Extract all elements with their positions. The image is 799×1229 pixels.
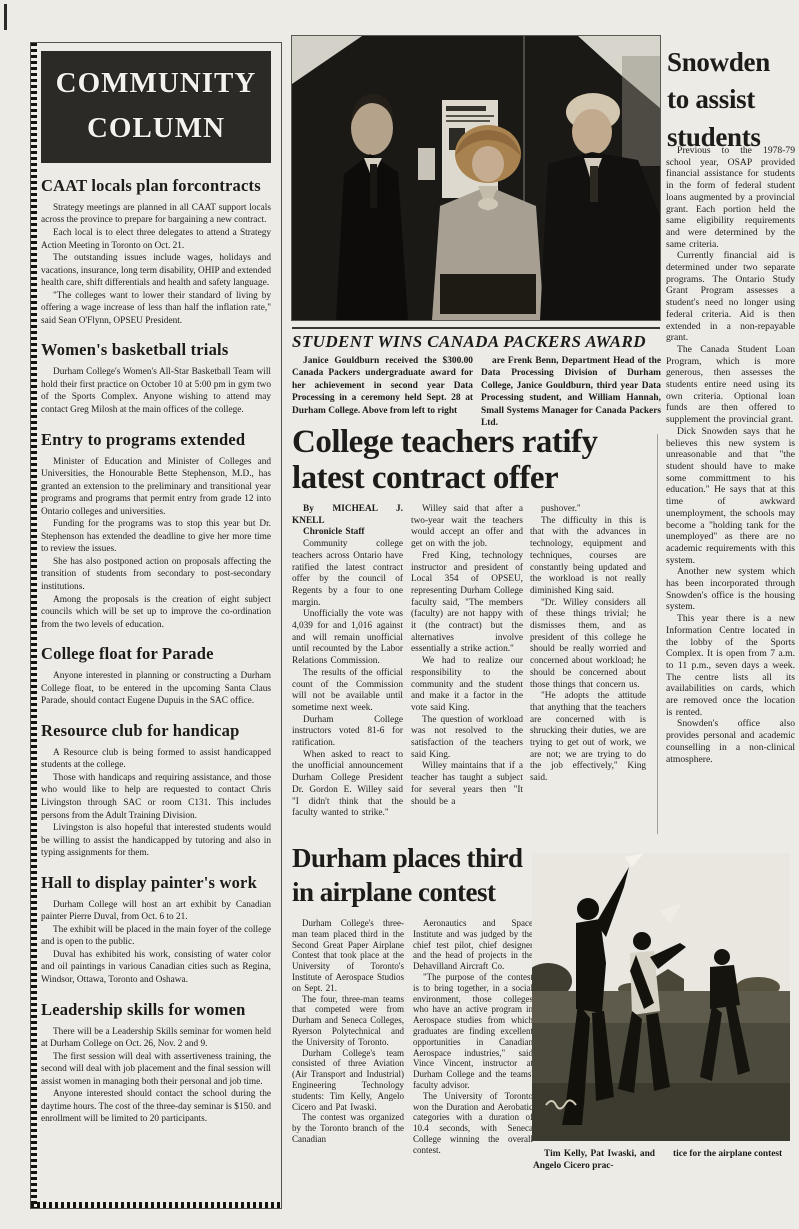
article-paragraph: Previous to the 1978-79 school year, OSA…	[666, 145, 795, 250]
article-caat-locals: CAAT locals plan forcontracts Strategy m…	[41, 176, 271, 327]
article-entry-programs: Entry to programs extended Minister of E…	[41, 430, 271, 632]
article-paragraph: The University of Toronto won the Durati…	[413, 1091, 533, 1156]
masthead-line: COLUMN	[41, 106, 271, 151]
article-paragraph: There will be a Leadership Skills semina…	[41, 1026, 271, 1051]
article-painter-exhibit: Hall to display painter's work Durham Co…	[41, 873, 271, 987]
article-paragraph: She has also postponed action on proposa…	[41, 556, 271, 594]
photo-caption-col1: Janice Gouldburn received the $300.00 Ca…	[292, 355, 473, 417]
article-resource-club: Resource club for handicap A Resource cl…	[41, 721, 271, 860]
article-title: Women's basketball trials	[41, 340, 271, 360]
airplane-photo-caption-col2: tice for the airplane contest	[662, 1148, 788, 1160]
award-photo	[292, 36, 660, 320]
article-paragraph: The first session will deal with asserti…	[41, 1051, 271, 1089]
airplane-photo-caption-col1: Tim Kelly, Pat Iwaski, and Angelo Cicero…	[533, 1148, 655, 1173]
headline-line: to assist	[667, 81, 797, 118]
airplane-photo-image	[532, 853, 790, 1141]
award-photo-image	[292, 36, 660, 320]
article-paragraph: "He adopts the attitude that anything th…	[530, 691, 646, 785]
article-paragraph: We had to realize our responsibility to …	[411, 656, 523, 715]
headline-line: latest contract offer	[292, 460, 664, 496]
scan-artifact	[4, 4, 7, 30]
article-paragraph: pushover."	[530, 504, 646, 516]
byline: By MICHEAL J. KNELL	[292, 504, 403, 527]
article-paragraph: Strategy meetings are planned in all CAA…	[41, 202, 271, 227]
headline-line: College teachers ratify	[292, 424, 664, 460]
caption-text: Janice Gouldburn received the $300.00 Ca…	[292, 355, 473, 417]
article-womens-basketball: Women's basketball trials Durham College…	[41, 340, 271, 416]
article-paragraph: When asked to react to the unofficial an…	[292, 750, 403, 820]
article-paragraph: Minister of Education and Minister of Co…	[41, 456, 271, 519]
article-paragraph: Durham College instructors voted 81-6 fo…	[292, 715, 403, 750]
community-column-masthead: COMMUNITY COLUMN	[41, 51, 271, 163]
article-paragraph: "The purpose of the contest is to bring …	[413, 972, 533, 1091]
article-title: Leadership skills for women	[41, 1000, 271, 1020]
snowden-article-headline: Snowden to assist students	[667, 44, 797, 156]
caption-text: Tim Kelly, Pat Iwaski, and Angelo Cicero…	[533, 1148, 655, 1173]
article-paragraph: Duval has exhibited his work, consisting…	[41, 949, 271, 987]
article-paragraph: Durham College will host an art exhibit …	[41, 899, 271, 924]
teachers-article-col1: By MICHEAL J. KNELL Chronicle Staff Comm…	[292, 504, 403, 820]
article-title: Hall to display painter's work	[41, 873, 271, 893]
article-paragraph: Each local is to elect three delegates t…	[41, 227, 271, 252]
article-paragraph: The four, three-man teams that competed …	[292, 994, 404, 1048]
article-paragraph: Anyone interested in planning or constru…	[41, 670, 271, 708]
article-paragraph: Unofficially the vote was 4,039 for and …	[292, 609, 403, 668]
headline-line: Durham places third	[292, 842, 552, 876]
photo-caption-col2: are Frenk Benn, Department Head of the D…	[481, 355, 661, 429]
airplane-article-col1: Durham College's three-man team placed t…	[292, 918, 404, 1145]
article-college-float: College float for Parade Anyone interest…	[41, 644, 271, 708]
article-paragraph: Community college teachers across Ontari…	[292, 539, 403, 609]
byline-organization: Chronicle Staff	[292, 527, 403, 539]
airplane-article-col2: Aeronautics and Space Institute and was …	[413, 918, 533, 1156]
article-paragraph: "Dr. Willey considers all of these thing…	[530, 598, 646, 692]
article-paragraph: Those with handicaps and requiring assis…	[41, 772, 271, 822]
article-paragraph: Aeronautics and Space Institute and was …	[413, 918, 533, 972]
article-paragraph: Among the proposals is the creation of e…	[41, 594, 271, 632]
photo-caption-headline: STUDENT WINS CANADA PACKERS AWARD	[292, 327, 660, 352]
article-paragraph: Durham College's team consisted of three…	[292, 1048, 404, 1113]
article-paragraph: The question of workload was not resolve…	[411, 715, 523, 762]
article-paragraph: The Canada Student Loan Program, which i…	[666, 344, 795, 426]
article-paragraph: Fred King, technology instructor and pre…	[411, 551, 523, 656]
article-paragraph: The exhibit will be placed in the main f…	[41, 924, 271, 949]
article-paragraph: Snowden's office also provides personal …	[666, 718, 795, 765]
column-divider-rule	[657, 434, 658, 834]
decorative-bottom-border	[31, 1202, 281, 1208]
article-title: Entry to programs extended	[41, 430, 271, 450]
airplane-contest-photo	[532, 853, 790, 1141]
article-paragraph: Currently financial aid is determined un…	[666, 250, 795, 344]
masthead-line: COMMUNITY	[41, 61, 271, 106]
teachers-article-col3: pushover." The difficulty in this is tha…	[530, 504, 646, 785]
headline-line: in airplane contest	[292, 876, 552, 910]
newspaper-page: COMMUNITY COLUMN CAAT locals plan forcon…	[0, 0, 799, 1229]
article-leadership-skills: Leadership skills for women There will b…	[41, 1000, 271, 1126]
airplane-article-headline: Durham places third in airplane contest	[292, 842, 552, 910]
article-paragraph: A Resource club is being formed to assis…	[41, 747, 271, 772]
article-paragraph: Livingston is also hopeful that interest…	[41, 822, 271, 860]
article-title: CAAT locals plan forcontracts	[41, 176, 271, 196]
article-paragraph: Funding for the programs was to stop thi…	[41, 518, 271, 556]
article-title: College float for Parade	[41, 644, 271, 664]
article-paragraph: Willey said that after a two-year wait t…	[411, 504, 523, 551]
decorative-left-border	[31, 43, 37, 1208]
article-paragraph: Another new system which has been incorp…	[666, 566, 795, 613]
community-column-box: COMMUNITY COLUMN CAAT locals plan forcon…	[30, 42, 282, 1209]
article-paragraph: Dick Snowden says that he believes this …	[666, 426, 795, 566]
caption-text: tice for the airplane contest	[662, 1148, 788, 1160]
article-paragraph: This year there is a new Information Cen…	[666, 613, 795, 718]
teachers-article-headline: College teachers ratify latest contract …	[292, 424, 664, 497]
article-paragraph: Durham College's Women's All-Star Basket…	[41, 366, 271, 416]
article-paragraph: The contest was organized by the Toronto…	[292, 1112, 404, 1144]
headline-line: Snowden	[667, 44, 797, 81]
article-paragraph: The difficulty in this is that with the …	[530, 516, 646, 598]
teachers-article-col2: Willey said that after a two-year wait t…	[411, 504, 523, 808]
article-paragraph: Anyone interested should contact the sch…	[41, 1088, 271, 1126]
article-paragraph: The results of the official count of the…	[292, 668, 403, 715]
article-paragraph: The outstanding issues include wages, ho…	[41, 252, 271, 290]
article-paragraph: Durham College's three-man team placed t…	[292, 918, 404, 994]
article-paragraph: "The colleges want to lower their standa…	[41, 290, 271, 328]
snowden-article-body: Previous to the 1978-79 school year, OSA…	[666, 145, 795, 765]
article-title: Resource club for handicap	[41, 721, 271, 741]
article-paragraph: Willey maintains that if a teacher has t…	[411, 761, 523, 808]
caption-text: are Frenk Benn, Department Head of the D…	[481, 355, 661, 429]
